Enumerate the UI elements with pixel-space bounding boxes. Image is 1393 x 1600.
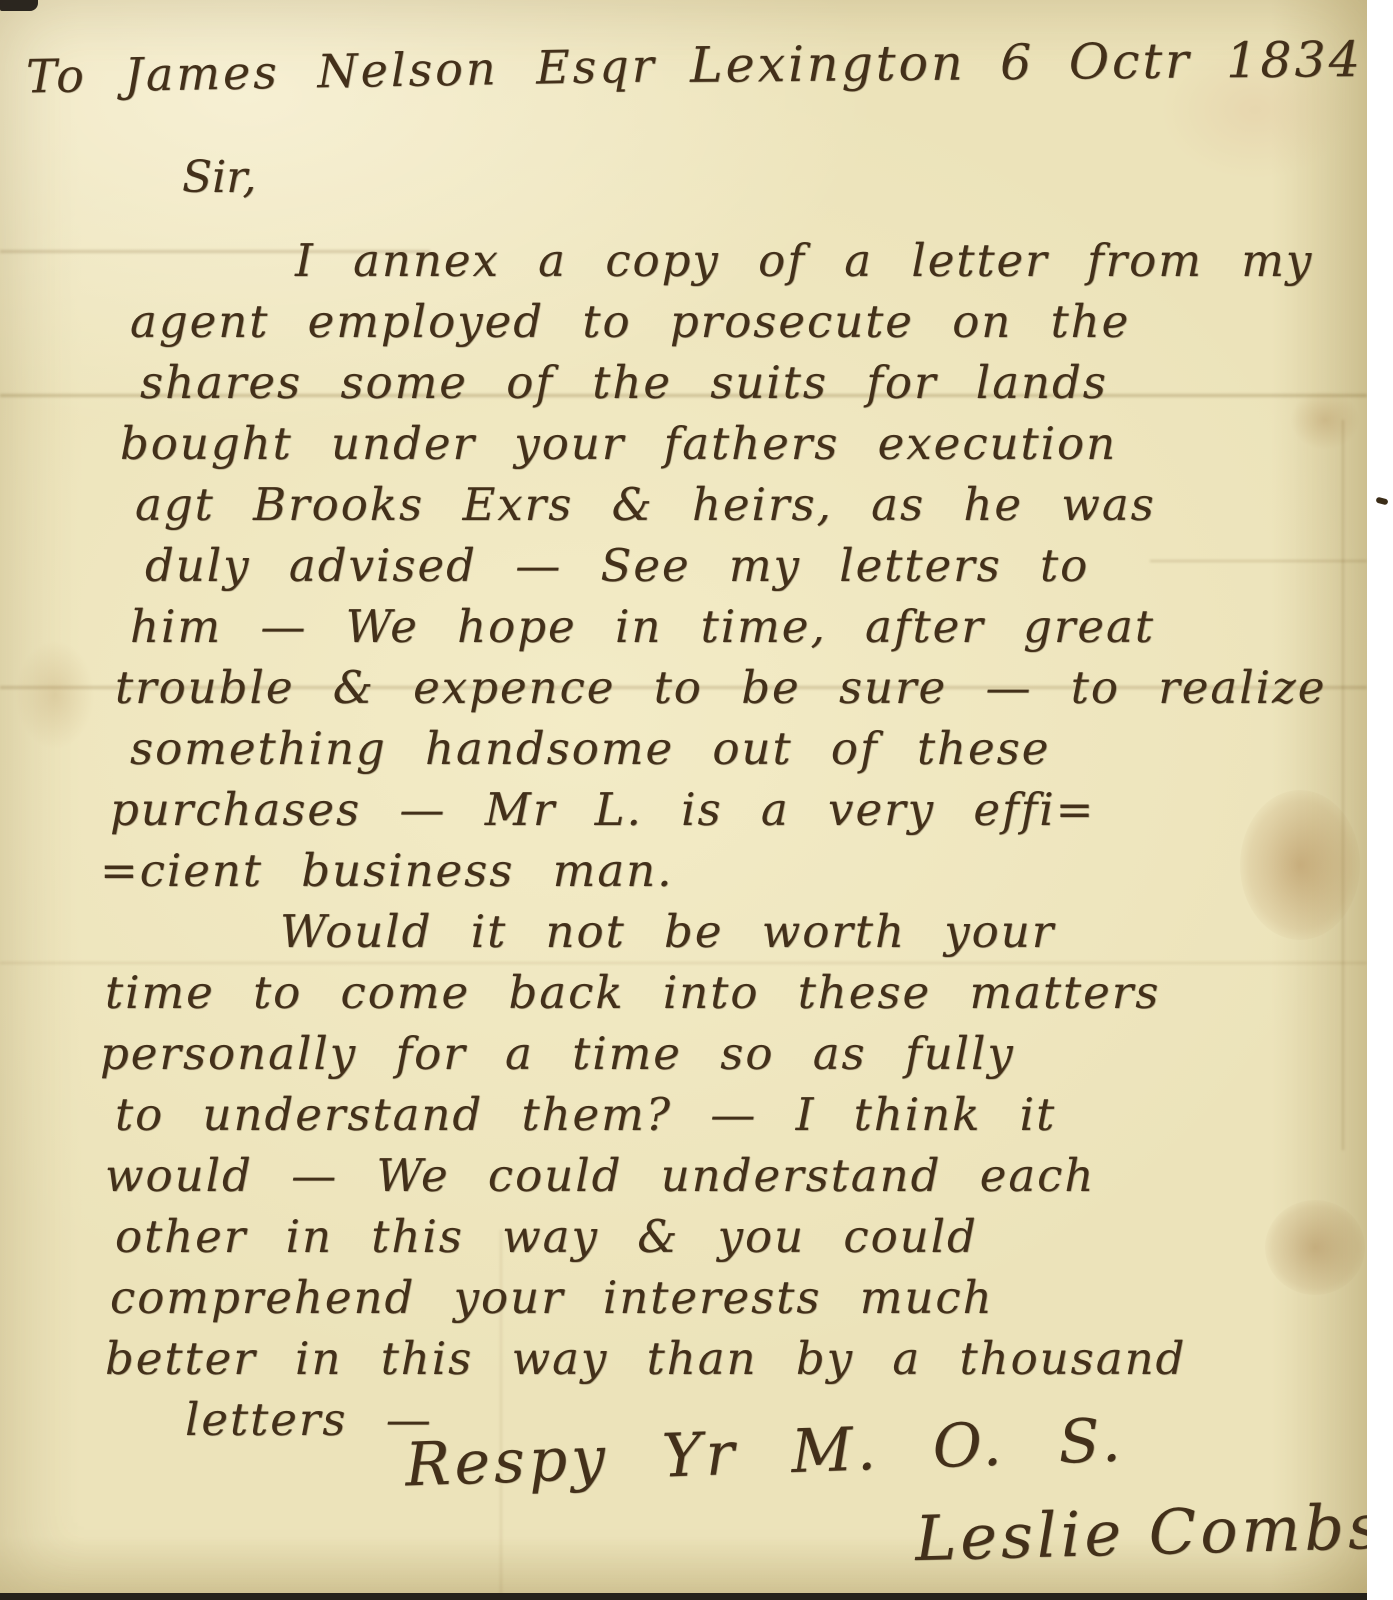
letter-body: I annex a copy of a letter from my agent… [130,230,1340,1450]
letter-line: duly advised — See my letters to [145,535,1340,596]
signature: Leslie Combs [914,1490,1385,1575]
scan-bottom-edge [0,1593,1367,1600]
salutation: Sir, [182,152,256,203]
letter-line: purchases — Mr L. is a very effi= [110,779,1340,840]
letter-line: something handsome out of these [130,718,1340,779]
letter-line: to understand them? — I think it [115,1084,1340,1145]
fold-crease [1342,420,1344,1150]
letter-line: comprehend your interests much [110,1267,1340,1328]
letter-line: trouble & expence to be sure — to realiz… [115,657,1340,718]
letter-line: personally for a time so as fully [100,1023,1340,1084]
letter-line: =cient business man. [100,840,1340,901]
letter-line: bought under your fathers execution [120,413,1340,474]
letter-line: him — We hope in time, after great [130,596,1340,657]
letter-line: shares some of the suits for lands [140,352,1340,413]
letter-line: other in this way & you could [115,1206,1340,1267]
ink-blot-top-left [0,0,38,11]
letter-line: would — We could understand each [105,1145,1340,1206]
letter-line: agt Brooks Exrs & heirs, as he was [135,474,1340,535]
paper-stain [15,640,95,750]
letter-line: time to come back into these matters [105,962,1340,1023]
dateline: Lexington 6 Octr 1834 [690,31,1363,94]
addressee-line: To James Nelson Esqr [26,39,658,104]
letter-line: agent employed to prosecute on the [130,291,1340,352]
letter-line: better in this way than by a thousand [105,1328,1340,1389]
letter-paper: To James Nelson Esqr Lexington 6 Octr 18… [0,0,1367,1600]
letter-line: Would it not be worth your [280,901,1340,962]
letter-line: I annex a copy of a letter from my [295,230,1340,291]
scanned-letter: To James Nelson Esqr Lexington 6 Octr 18… [0,0,1393,1600]
scan-margin-strip [1367,0,1393,1600]
